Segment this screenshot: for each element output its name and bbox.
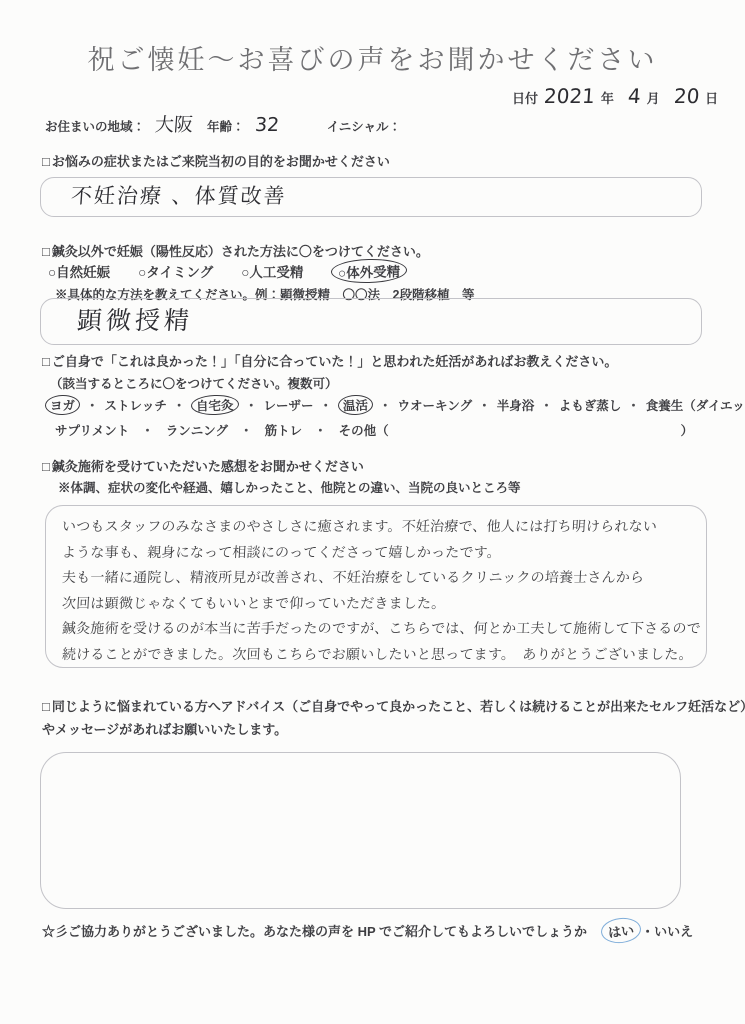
date-day-value: 20	[673, 84, 700, 108]
date-month-value: 4	[627, 84, 641, 108]
separator-dot: ・	[245, 396, 258, 414]
footer-row: ☆彡ご協力ありがとうございました。あなた様の声を HP でご紹介してもよろしいで…	[42, 918, 693, 943]
activity-yoga-circled: ヨガ	[45, 394, 81, 415]
option-ivf-circled: ○体外受精	[331, 258, 408, 284]
q3-activities-row1: ヨガ ・ ストレッチ ・ 自宅灸 ・ レーザー ・ 温活 ・ ウオーキング ・ …	[45, 395, 745, 415]
region-value: 大阪	[154, 110, 194, 137]
option-timing: ○タイミング	[138, 261, 213, 281]
q3-sublabel: （該当するところに〇をつけてください。複数可）	[50, 374, 338, 392]
separator-dot: ・	[173, 396, 186, 414]
q1-label: お悩みの症状またはご来院当初の目的をお聞かせください	[52, 154, 390, 169]
handwritten-line: 続けることができました。次回もこちらでお願いしたいと思ってます。 ありがとうござ…	[61, 642, 696, 668]
region-label: お住まいの地域：	[45, 117, 145, 135]
checkbox-icon: □	[42, 244, 50, 259]
q4-label-row: □鍼灸施術を受けていただいた感想をお聞かせください	[42, 456, 364, 475]
separator-dot: ・	[141, 421, 154, 439]
checkbox-icon: □	[42, 699, 50, 714]
activity-mugwort-steam: よもぎ蒸し	[559, 396, 622, 414]
separator-dot: ・	[540, 396, 553, 414]
checkbox-icon: □	[42, 154, 50, 169]
initial-label: イニシャル：	[327, 117, 401, 135]
separator-dot: ・	[478, 396, 491, 414]
footer-no: いいえ	[654, 921, 693, 940]
activity-home-moxa-circled: 自宅灸	[191, 394, 239, 416]
q2-answer-handwriting: 顕微授精	[39, 299, 194, 342]
q2-label-row: □鍼灸以外で妊娠（陽性反応）された方法に〇をつけてください。	[42, 241, 429, 260]
footer-thanks-text: ☆彡ご協力ありがとうございました。あなた様の声を HP でご紹介してもよろしいで…	[42, 921, 587, 940]
age-label: 年齢：	[207, 117, 245, 135]
separator-dot: ・	[319, 396, 332, 414]
q4-handwritten-text: いつもスタッフのみなさまのやさしさに癒されます。不妊治療で、他人には打ち明けられ…	[46, 506, 706, 667]
date-year-unit: 年	[601, 88, 614, 107]
handwritten-line: ような事も、親身になって相談にのってくださって嬉しかったです。	[61, 540, 696, 566]
activity-diet: 食養生（ダイエット）	[646, 396, 745, 414]
age-value: 32	[254, 114, 280, 136]
q3-activities-row2: サプリメント ・ ランニング ・ 筋トレ ・ その他（ ）	[55, 421, 693, 439]
date-month-unit: 月	[647, 88, 660, 107]
q3-label-row: □ご自身で「これは良かった！」「自分に合っていた！」と思われた妊活があればお教え…	[42, 351, 617, 370]
separator-dot: ・	[314, 421, 327, 439]
q1-answer-handwriting: 不妊治療 、体質改善	[40, 178, 288, 214]
date-year-value: 2021	[543, 84, 596, 108]
activity-onkatsu-circled: 温活	[338, 394, 374, 415]
q2-label: 鍼灸以外で妊娠（陽性反応）された方法に〇をつけてください。	[52, 244, 429, 259]
activity-laser: レーザー	[263, 396, 313, 414]
separator-dot: ・	[627, 396, 640, 414]
option-iui: ○人工受精	[241, 261, 303, 281]
separator-dot: ・	[379, 396, 392, 414]
checkbox-icon: □	[42, 354, 50, 369]
q5-label-line2: やメッセージがあればお願いいたします。	[42, 722, 287, 737]
q2-answer-box: 顕微授精	[40, 298, 702, 345]
q3-label: ご自身で「これは良かった！」「自分に合っていた！」と思われた妊活があればお教えく…	[52, 354, 618, 369]
handwritten-line: 次回は顕微じゃなくてもいいとまで仰っていただきました。	[61, 591, 696, 617]
activity-other-open: その他（	[339, 421, 389, 439]
activity-muscle-training: 筋トレ	[265, 421, 303, 439]
activity-walking: ウオーキング	[398, 396, 473, 414]
date-label: 日付	[512, 88, 538, 107]
q5-label-row1: □同じように悩まれている方へアドバイス（ご自身でやって良かったこと、若しくは続け…	[42, 696, 745, 715]
q5-answer-box-empty	[40, 752, 681, 909]
activity-supplement: サプリメント	[55, 421, 129, 439]
activity-running: ランニング	[166, 421, 228, 439]
q1-answer-box: 不妊治療 、体質改善	[40, 177, 702, 217]
q4-answer-box: いつもスタッフのみなさまのやさしさに癒されます。不妊治療で、他人には打ち明けられ…	[45, 505, 707, 668]
activity-other-close: ）	[681, 421, 694, 439]
date-day-unit: 日	[705, 88, 718, 107]
q1-label-row: □お悩みの症状またはご来院当初の目的をお聞かせください	[42, 151, 390, 170]
handwritten-line: いつもスタッフのみなさまのやさしさに癒されます。不妊治療で、他人には打ち明けられ…	[61, 514, 696, 540]
page-title: 祝ご懐妊～お喜びの声をお聞かせください	[0, 38, 745, 77]
q4-label: 鍼灸施術を受けていただいた感想をお聞かせください	[52, 459, 364, 474]
footer-yes-circled: はい	[600, 916, 642, 945]
profile-row: お住まいの地域： 大阪 年齢： 32 イニシャル：	[45, 110, 425, 137]
activity-stretch: ストレッチ	[105, 396, 167, 414]
q5-label-line1: 同じように悩まれている方へアドバイス（ご自身でやって良かったこと、若しくは続ける…	[52, 699, 745, 714]
activity-half-bath: 半身浴	[497, 396, 535, 414]
q2-options-row: ○自然妊娠 ○タイミング ○人工受精 ○体外受精	[48, 259, 408, 283]
q4-note: ※体調、症状の変化や経過、嬉しかったこと、他院との違い、当院の良いところ等	[58, 478, 521, 496]
q5-label-row2: やメッセージがあればお願いいたします。	[42, 719, 287, 738]
separator-dot: ・	[641, 921, 654, 940]
option-natural-conception: ○自然妊娠	[48, 261, 110, 281]
date-row: 日付 2021 年 4 月 20 日	[512, 84, 718, 108]
checkbox-icon: □	[42, 459, 50, 474]
separator-dot: ・	[240, 421, 253, 439]
handwritten-line: 夫も一緒に通院し、精液所見が改善され、不妊治療をしているクリニックの培養士さんか…	[61, 565, 696, 591]
separator-dot: ・	[86, 396, 99, 414]
handwritten-line: 鍼灸施術を受けるのが本当に苦手だったのですが、こちらでは、何とか工夫して施術して…	[61, 616, 696, 642]
questionnaire-scan-page: 祝ご懐妊～お喜びの声をお聞かせください 日付 2021 年 4 月 20 日 お…	[0, 0, 745, 1024]
